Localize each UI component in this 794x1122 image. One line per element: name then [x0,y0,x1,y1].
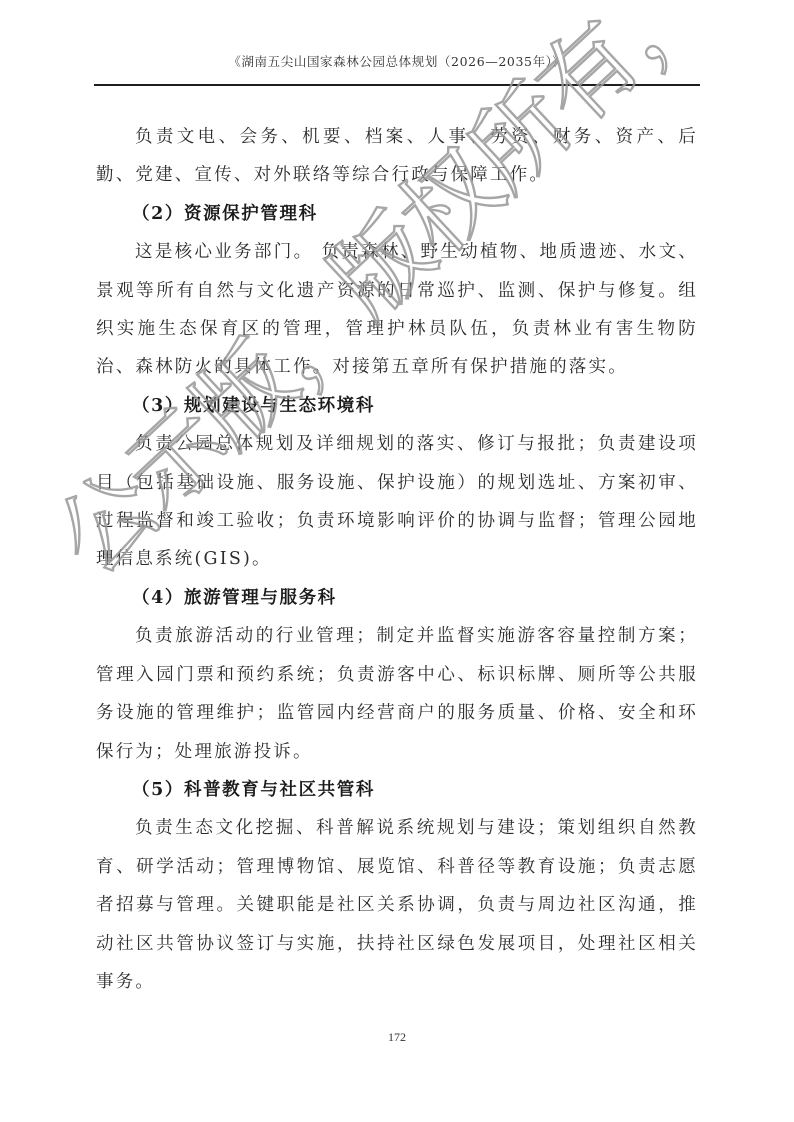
section-heading-resource-protection: （2）资源保护管理科 [96,195,698,233]
section-heading-tourism-service: （4）旅游管理与服务科 [96,579,698,617]
paragraph-planning-construction: 负责公园总体规划及详细规划的落实、修订与报批；负责建设项目（包括基础设施、服务设… [96,425,698,579]
running-header: 《湖南五尖山国家森林公园总体规划（2026—2035年）》 [94,52,700,70]
page-body: 负责文电、会务、机要、档案、人事、劳资、财务、资产、后勤、党建、宣传、对外联络等… [96,118,698,1001]
paragraph-education-community: 负责生态文化挖掘、科普解说系统规划与建设；策划组织自然教育、研学活动；管理博物馆… [96,809,698,1001]
header-rule [94,84,700,86]
paragraph-admin-duties: 负责文电、会务、机要、档案、人事、劳资、财务、资产、后勤、党建、宣传、对外联络等… [96,118,698,195]
page-number: 172 [0,1030,794,1045]
section-heading-planning-construction: （3）规划建设与生态环境科 [96,387,698,425]
document-page: 《湖南五尖山国家森林公园总体规划（2026—2035年）》 负责文电、会务、机要… [0,0,794,1122]
section-heading-education-community: （5）科普教育与社区共管科 [96,771,698,809]
paragraph-resource-protection: 这是核心业务部门。 负责森林、野生动植物、地质遗迹、水文、景观等所有自然与文化遗… [96,233,698,387]
paragraph-tourism-service: 负责旅游活动的行业管理；制定并监督实施游客容量控制方案；管理入园门票和预约系统；… [96,617,698,771]
